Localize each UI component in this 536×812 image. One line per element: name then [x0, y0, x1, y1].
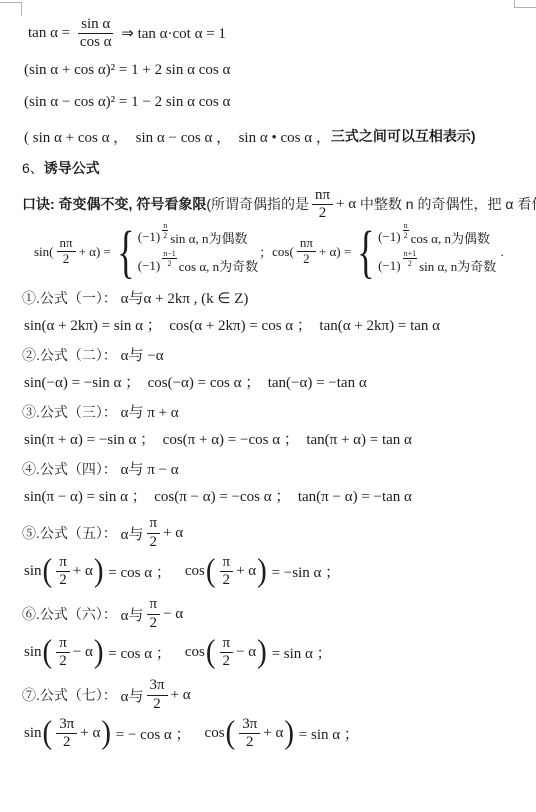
identity-tan-cot-line: tan α = sin α cos α ⇒ tan α·cot α = 1 [28, 16, 536, 52]
formula-text: = −sin α ； [268, 561, 340, 582]
cos-cases-block: { (−1) n 2 cos α, n为偶数 (−1) n+1 2 [352, 227, 496, 276]
formula-text: sin(π − α) = sin α ； cos(π − α) = −cos α… [24, 485, 412, 506]
formula-text: (−1) [378, 229, 401, 245]
formula-text: (−1) [138, 229, 161, 245]
fraction-npi-over-2: nπ 2 [57, 236, 76, 267]
formula-text: + α) = [319, 244, 351, 260]
identity-note-line: ( sin α + cos α ， sin α − cos α ， sin α … [24, 126, 536, 147]
left-paren-icon: ( [206, 555, 216, 587]
heading-relation: α与 [117, 685, 144, 706]
formula-text: cos [185, 644, 205, 661]
fraction-3pi-over-2: 3π 2 [56, 716, 77, 752]
formula-text: = − cos α ； [112, 723, 191, 744]
fraction-denominator: cos α [77, 34, 115, 51]
exponent-numerator: n−1 [162, 249, 177, 259]
fraction-pi-over-2: π 2 [147, 515, 161, 551]
formula-6-heading: ⑥.公式（六）： α与 π 2 − α [22, 596, 536, 632]
fraction-numerator: π [56, 635, 70, 653]
exponent-fraction: n−1 2 [162, 249, 177, 268]
formula-text: sin(α + 2kπ) = sin α ； cos(α + 2kπ) = co… [24, 314, 440, 335]
fraction-3pi-over-2: 3π 2 [147, 677, 168, 713]
mnemonic-bold-text: 口诀: 奇变偶不变, 符号看象限 [22, 194, 206, 214]
exponent-fraction: n+1 2 [403, 249, 418, 268]
formula-text: + α [80, 725, 100, 742]
fraction-numerator: nπ [297, 236, 316, 252]
fraction-pi-over-2: π 2 [56, 554, 70, 590]
case-rows: (−1) n 2 sin α, n为偶数 (−1) n−1 2 cos α, n… [138, 228, 258, 276]
fraction-denominator: 2 [60, 252, 73, 267]
fraction-numerator: π [147, 596, 161, 614]
heading-relation: α与 −α [117, 344, 164, 365]
sin-cases-block: { (−1) n 2 sin α, n为偶数 (−1) n−1 2 [112, 227, 258, 276]
fraction-3pi-over-2: 3π 2 [239, 716, 260, 752]
case-row: (−1) n 2 sin α, n为偶数 [138, 228, 258, 247]
exponent-denominator: 2 [407, 259, 413, 268]
fraction-numerator: π [220, 554, 234, 572]
formula-text: sin [24, 644, 42, 661]
section-title: 诱导公式 [44, 158, 100, 178]
fraction-denominator: 2 [60, 734, 74, 751]
right-paren-icon: ) [257, 636, 267, 668]
mnemonic-paren-close: 中整数 n 的奇偶性，把 α 看作锐角) [360, 194, 536, 214]
fraction-denominator: 2 [150, 696, 164, 713]
formula-4-equations: sin(π − α) = sin α ； cos(π − α) = −cos α… [24, 485, 536, 506]
formula-1-equations: sin(α + 2kπ) = sin α ； cos(α + 2kπ) = co… [24, 314, 536, 335]
end-period: . [497, 244, 504, 260]
fraction-pi-over-2: π 2 [147, 596, 161, 632]
formula-text: (−1) [378, 258, 401, 274]
formula-3-heading: ③.公式（三）： α与 π + α [22, 401, 536, 422]
formula-text: cos α, n为奇数 [179, 256, 258, 275]
note-bold-text: 三式之间可以互相表示) [331, 126, 476, 146]
formula-text: = cos α ； [105, 642, 171, 663]
fraction-denominator: 2 [220, 572, 234, 589]
formula-text: = sin α ； [268, 642, 332, 663]
heading-label: ⑤.公式（五）： [22, 523, 117, 543]
heading-label: ⑦.公式（七）： [22, 685, 117, 705]
formula-text: sin α, n为奇数 [419, 256, 496, 275]
formula-text: ( sin α + cos α ， sin α − cos α ， sin α … [24, 126, 331, 147]
section-number: 6、 [22, 158, 44, 178]
heading-relation: α与 π − α [117, 458, 179, 479]
formula-text: (sin α + cos α)² = 1 + 2 sin α cos α [24, 62, 230, 79]
formula-2-heading: ②.公式（二）： α与 −α [22, 344, 536, 365]
formula-text: (sin α − cos α)² = 1 − 2 sin α cos α [24, 94, 230, 111]
formula-5-heading: ⑤.公式（五）： α与 π 2 + α [22, 515, 536, 551]
mnemonic-paren-open: (所谓奇偶指的是 [206, 194, 309, 214]
formula-text: (−1) [138, 258, 161, 274]
exponent-numerator: n [162, 221, 168, 231]
general-induction-formula-line: sin( nπ 2 + α) = { (−1) n 2 sin α, n为偶数 … [34, 227, 536, 276]
fraction-numerator: 3π [147, 677, 168, 695]
case-row: (−1) n 2 cos α, n为偶数 [378, 228, 496, 247]
heading-relation: α与 [117, 523, 144, 544]
formula-1-heading: ①.公式（一）： α与α + 2kπ , (k ∈ Z) [22, 287, 536, 308]
case-row: (−1) n−1 2 cos α, n为奇数 [138, 256, 258, 275]
formula-text: + α [263, 725, 283, 742]
formula-text: sin [24, 725, 42, 742]
formula-text: + α) = [79, 244, 111, 260]
formula-7-heading: ⑦.公式（七）： α与 3π 2 + α [22, 677, 536, 713]
fraction-sin-over-cos: sin α cos α [77, 16, 115, 52]
left-paren-icon: ( [206, 636, 216, 668]
left-paren-icon: ( [43, 717, 53, 749]
formula-text: − α [236, 644, 256, 661]
exponent-numerator: n+1 [403, 249, 418, 259]
mnemonic-line: 口诀: 奇变偶不变, 符号看象限 (所谓奇偶指的是 nπ 2 + α 中整数 n… [22, 187, 536, 223]
right-paren-icon: ) [101, 717, 111, 749]
fraction-denominator: 2 [147, 534, 161, 551]
fraction-numerator: 3π [56, 716, 77, 734]
fraction-numerator: 3π [239, 716, 260, 734]
fraction-denominator: 2 [56, 572, 70, 589]
left-paren-icon: ( [226, 717, 236, 749]
formula-text: + α [336, 196, 360, 213]
formula-text: = sin α ； [295, 723, 359, 744]
exponent-fraction: n 2 [162, 221, 168, 240]
formula-text: − α [73, 644, 93, 661]
heading-label: ②.公式（二）： [22, 345, 117, 365]
exponent-fraction: n 2 [403, 221, 409, 240]
separator-semicolon: ； [259, 242, 272, 261]
heading-label: ③.公式（三）： [22, 402, 117, 422]
formula-text: tan α = [28, 25, 74, 42]
formula-text: + α [73, 563, 93, 580]
fraction-denominator: 2 [316, 205, 330, 222]
heading-relation: + α [163, 525, 183, 542]
crop-mark-top-right-icon [514, 0, 536, 8]
formula-text: sin [24, 563, 42, 580]
heading-label: ①.公式（一）： [22, 288, 117, 308]
formula-7-equations: sin ( 3π 2 + α ) = − cos α ； cos ( 3π 2 … [24, 716, 536, 752]
formula-4-heading: ④.公式（四）： α与 π − α [22, 458, 536, 479]
document-page: tan α = sin α cos α ⇒ tan α·cot α = 1 (s… [0, 0, 536, 812]
right-paren-icon: ) [94, 555, 104, 587]
right-paren-icon: ) [257, 555, 267, 587]
fraction-denominator: 2 [300, 252, 313, 267]
formula-text: ⇒ tan α·cot α = 1 [118, 24, 226, 43]
formula-text: sin( [34, 244, 54, 260]
left-brace-icon: { [117, 227, 134, 276]
exponent-denominator: 2 [403, 231, 409, 240]
fraction-numerator: sin α [78, 16, 113, 34]
formula-text: = cos α ； [105, 561, 171, 582]
fraction-pi-over-2: π 2 [220, 554, 234, 590]
formula-2-equations: sin(−α) = −sin α ； cos(−α) = cos α ； tan… [24, 371, 536, 392]
formula-text: sin α, n为偶数 [170, 228, 247, 247]
formula-3-equations: sin(π + α) = −sin α ； cos(π + α) = −cos … [24, 428, 536, 449]
fraction-numerator: nπ [312, 187, 333, 205]
fraction-npi-over-2: nπ 2 [312, 187, 333, 223]
heading-relation: α与α + 2kπ , (k ∈ Z) [117, 287, 248, 308]
heading-relation: + α [171, 687, 191, 704]
right-paren-icon: ) [94, 636, 104, 668]
exponent-numerator: n [403, 221, 409, 231]
fraction-numerator: π [56, 554, 70, 572]
formula-5-equations: sin ( π 2 + α ) = cos α ； cos ( π 2 + α … [24, 554, 536, 590]
heading-label: ④.公式（四）： [22, 459, 117, 479]
crop-mark-top-left-icon [0, 2, 22, 16]
fraction-pi-over-2: π 2 [220, 635, 234, 671]
formula-text: cos [185, 563, 205, 580]
left-paren-icon: ( [43, 636, 53, 668]
formula-text: cos [205, 725, 225, 742]
fraction-numerator: nπ [57, 236, 76, 252]
fraction-pi-over-2: π 2 [56, 635, 70, 671]
heading-relation: − α [163, 606, 183, 623]
fraction-denominator: 2 [147, 615, 161, 632]
formula-text: sin(π + α) = −sin α ； cos(π + α) = −cos … [24, 428, 412, 449]
case-rows: (−1) n 2 cos α, n为偶数 (−1) n+1 2 sin α, n… [378, 228, 496, 276]
fraction-denominator: 2 [220, 653, 234, 670]
heading-relation: α与 [117, 604, 144, 625]
right-paren-icon: ) [284, 717, 294, 749]
heading-label: ⑥.公式（六）： [22, 604, 117, 624]
left-paren-icon: ( [43, 555, 53, 587]
formula-6-equations: sin ( π 2 − α ) = cos α ； cos ( π 2 − α … [24, 635, 536, 671]
fraction-denominator: 2 [243, 734, 257, 751]
exponent-denominator: 2 [162, 231, 168, 240]
left-brace-icon: { [358, 227, 375, 276]
section-6-heading: 6、 诱导公式 [22, 158, 536, 178]
identity-sum-square-line: (sin α + cos α)² = 1 + 2 sin α cos α [24, 62, 536, 79]
formula-text: cos α, n为偶数 [411, 228, 490, 247]
identity-diff-square-line: (sin α − cos α)² = 1 − 2 sin α cos α [24, 94, 536, 111]
exponent-denominator: 2 [166, 259, 172, 268]
fraction-numerator: π [220, 635, 234, 653]
formula-text: cos( [272, 244, 294, 260]
heading-relation: α与 π + α [117, 401, 179, 422]
fraction-denominator: 2 [56, 653, 70, 670]
fraction-npi-over-2: nπ 2 [297, 236, 316, 267]
fraction-numerator: π [147, 515, 161, 533]
formula-text: + α [236, 563, 256, 580]
formula-text: sin(−α) = −sin α ； cos(−α) = cos α ； tan… [24, 371, 367, 392]
case-row: (−1) n+1 2 sin α, n为奇数 [378, 256, 496, 275]
